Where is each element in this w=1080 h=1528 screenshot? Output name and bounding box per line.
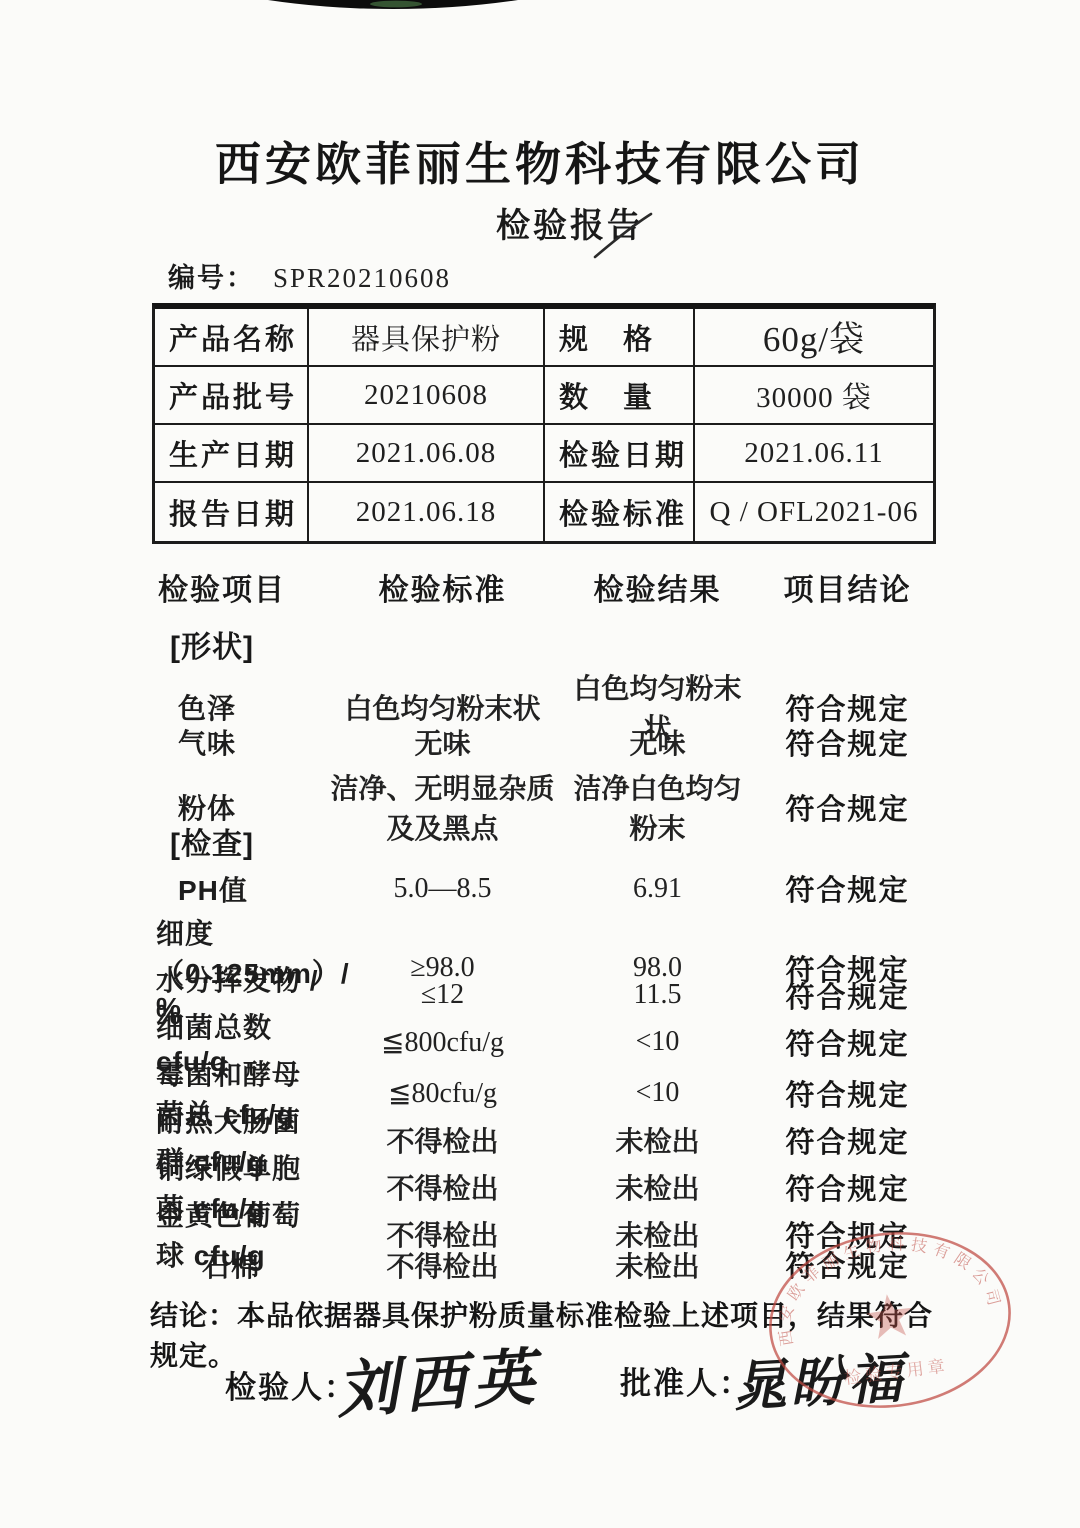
row-item: 石棉 [150,1245,325,1285]
row-conclusion: 符合规定 [755,868,940,909]
result-row: 粉体 洁净、无明显杂质及及黑点 洁净白色均匀粉末 符合规定 [150,767,940,817]
info-label: 生产日期 [155,425,309,483]
row-standard: 5.0—8.5 [325,873,560,905]
row-result: 11.5 [560,979,755,1011]
report-number-label: 编号： [168,263,255,293]
row-result: <10 [560,1026,755,1058]
report-title: 检验报告 [30,198,1080,247]
inspector-signature: 刘西英 [333,1327,543,1430]
header-conclusion: 项目结论 [755,565,940,609]
section-marker-shape: [形状] [150,621,940,667]
row-conclusion: 符合规定 [755,1120,940,1161]
report-number-line: 编号：SPR20210608 [168,256,451,295]
row-result: <10 [560,1077,755,1109]
handwritten-check-stroke [592,212,654,260]
info-value: 器具保护粉 [309,309,545,367]
result-row: PH值 5.0—8.5 6.91 符合规定 [150,865,940,912]
row-result: 未检出 [560,1120,755,1160]
info-label: 数 量 [545,367,695,425]
row-standard: 白色均匀粉末状 [325,687,560,727]
row-item: PH值 [150,869,325,909]
row-standard: 无味 [325,722,560,762]
row-conclusion: 符合规定 [755,975,940,1016]
signature-block: 检验人： 刘西英 批准人： 晁盼福 [0,1340,1080,1490]
product-info-table: 产品名称 器具保护粉 规 格 60g/袋 产品批号 20210608 数 量 3… [152,303,936,544]
result-row: 石棉 不得检出 未检出 符合规定 [150,1241,940,1288]
row-item: 色泽 [150,687,325,727]
section-shape-rows: 色泽 白色均匀粉末状 白色均匀粉末状 符合规定 气味 无味 无味 符合规定 粉体… [150,667,940,817]
row-result: 未检出 [560,1245,755,1285]
section-inspection-rows: PH值 5.0—8.5 6.91 符合规定 细度（0.125mm）/ % ≥98… [150,865,940,1288]
approver-signature: 晁盼福 [730,1335,908,1421]
row-standard: ≦80cfu/g [325,1076,560,1110]
info-label: 规 格 [545,309,695,367]
photo-top-edge-artifact [268,0,518,12]
header-standard: 检验标准 [325,565,560,609]
row-standard: ≤12 [325,979,560,1011]
info-value: 60g/袋 [695,309,933,367]
info-label: 检验标准 [545,483,695,541]
company-title: 西安欧菲丽生物科技有限公司 [0,128,1080,194]
info-value: 2021.06.08 [309,425,545,483]
row-standard: 不得检出 [325,1120,560,1160]
row-conclusion: 符合规定 [755,1022,940,1063]
row-conclusion: 符合规定 [755,787,940,828]
info-value: 2021.06.11 [695,425,933,483]
inspection-report-page: 西安欧菲丽生物科技有限公司 检验报告 编号：SPR20210608 产品名称 器… [0,0,1080,1528]
info-value: 30000 袋 [695,367,933,425]
row-item: 气味 [150,722,325,762]
info-label: 产品批号 [155,367,309,425]
result-row: 色泽 白色均匀粉末状 白色均匀粉末状 符合规定 [150,667,940,717]
row-result: 无味 [560,722,755,762]
header-item: 检验项目 [150,565,325,609]
results-section: 检验项目 检验标准 检验结果 项目结论 [形状] 色泽 白色均匀粉末状 白色均匀… [150,565,940,1288]
info-label: 报告日期 [155,483,309,541]
info-label: 产品名称 [155,309,309,367]
row-conclusion: 符合规定 [755,1073,940,1114]
row-result: 6.91 [560,873,755,905]
row-standard: ≦800cfu/g [325,1025,560,1059]
info-label: 检验日期 [545,425,695,483]
info-value: Q / OFL2021-06 [695,483,933,541]
header-result: 检验结果 [560,565,755,609]
row-conclusion: 符合规定 [755,1244,940,1285]
row-standard: 洁净、无明显杂质及及黑点 [325,767,560,847]
row-standard: 不得检出 [325,1245,560,1285]
row-conclusion: 符合规定 [755,1167,940,1208]
row-result: 洁净白色均匀粉末 [560,767,755,847]
report-number-value: SPR20210608 [273,263,451,293]
info-value: 20210608 [309,367,545,425]
row-result: 未检出 [560,1167,755,1207]
results-header-row: 检验项目 检验标准 检验结果 项目结论 [150,565,940,607]
result-row: 气味 无味 无味 符合规定 [150,717,940,767]
row-conclusion: 符合规定 [755,722,940,763]
row-standard: 不得检出 [325,1167,560,1207]
result-row: 细度（0.125mm）/ % ≥98.0 98.0 符合规定 [150,912,940,959]
info-value: 2021.06.18 [309,483,545,541]
